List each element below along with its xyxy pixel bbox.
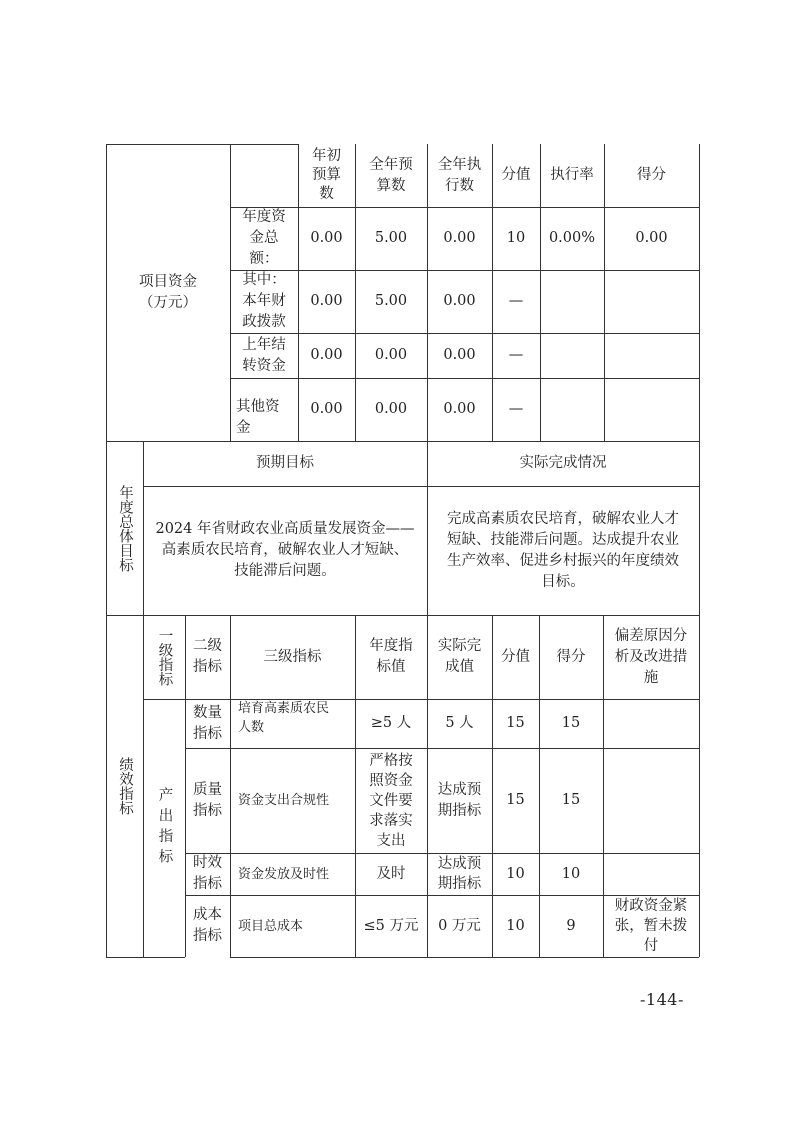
funds-budget: 5.00 xyxy=(355,270,427,333)
row-name-line: 本年财 xyxy=(242,291,286,312)
annual-goals-label: 年度总体目标 xyxy=(106,441,143,615)
level2-line: 指标 xyxy=(193,926,222,947)
completion-line: 完成高素质农民培育，破解农业人才 xyxy=(447,509,679,530)
header-line: 行数 xyxy=(445,176,474,197)
score: 9 xyxy=(539,895,603,957)
funds-executed: 0.00 xyxy=(427,333,492,378)
level3-indicator: 资金支出合规性 xyxy=(230,748,355,853)
score: 15 xyxy=(539,699,603,748)
goal-line: 2024 年省财政农业高质量发展资金—— xyxy=(155,519,414,540)
header-execution-rate: 执行率 xyxy=(540,144,604,207)
performance-section-label: 绩效指标 xyxy=(106,615,143,957)
score-value: 15 xyxy=(492,748,539,853)
completion-line: 生产效率、促进乡村振兴的年度绩效 xyxy=(447,551,679,572)
funds-value: — xyxy=(492,270,540,333)
funds-initial: 0.00 xyxy=(298,378,355,441)
row-name-line: 其他资 xyxy=(236,397,280,418)
header-score-value: 分值 xyxy=(492,144,540,207)
expected-goal-header: 预期目标 xyxy=(143,441,427,486)
funds-rate: 0.00% xyxy=(540,207,604,270)
row-name-line: 转资金 xyxy=(242,356,286,377)
header-line: 算数 xyxy=(377,176,406,197)
target-value: ≤5 万元 xyxy=(355,895,427,957)
header-line: 年度指 xyxy=(369,636,413,657)
deviation-reason: 财政资金紧 张，暂未拨 付 xyxy=(603,895,699,957)
header-initial-budget: 年初 预算 数 xyxy=(298,144,355,207)
row-name-line: 金 xyxy=(236,418,251,439)
level3-indicator: 项目总成本 xyxy=(230,895,355,957)
level2-line: 数量 xyxy=(193,703,222,724)
score: 10 xyxy=(539,853,603,895)
actual-value: 达成预 期指标 xyxy=(427,748,492,853)
funds-row-name: 年度资 金总 额： xyxy=(230,207,298,270)
actual-line: 期指标 xyxy=(438,801,482,822)
actual-completion-text: 完成高素质农民培育，破解农业人才 短缺、技能滞后问题。达成提升农业 生产效率、促… xyxy=(427,486,699,615)
funds-rate xyxy=(540,333,604,378)
page-number: -144- xyxy=(640,990,684,1009)
expected-goal-text: 2024 年省财政农业高质量发展资金—— 高素质农民培育，破解农业人才短缺、 技… xyxy=(143,486,427,615)
score-value: 10 xyxy=(492,895,539,957)
funds-score xyxy=(604,378,699,441)
header-line: 预算 xyxy=(312,166,341,185)
target-line: 求落实 xyxy=(369,811,413,831)
funds-initial: 0.00 xyxy=(298,270,355,333)
level1-text: 产出指标 xyxy=(154,787,175,869)
target-line: 严格按 xyxy=(369,751,413,771)
header-target: 年度指 标值 xyxy=(355,615,427,699)
goal-line: 技能滞后问题。 xyxy=(234,561,336,582)
funds-score xyxy=(604,270,699,333)
header-score: 得分 xyxy=(539,615,603,699)
funds-value: 10 xyxy=(492,207,540,270)
funds-label-line: 项目资金 xyxy=(139,272,197,293)
level3-indicator: 培育高素质农民 人数 xyxy=(230,699,355,748)
target-line: 文件要 xyxy=(369,791,413,811)
level2-line: 成本 xyxy=(193,905,222,926)
header-full-year-executed: 全年执 行数 xyxy=(427,144,492,207)
header-line: 成值 xyxy=(445,657,474,678)
target-line: 照资金 xyxy=(369,771,413,791)
header-line: 全年执 xyxy=(438,155,482,176)
level3-line: 培育高素质农民 xyxy=(238,699,329,718)
header-actual: 实际完 成值 xyxy=(427,615,492,699)
actual-line: 期指标 xyxy=(438,874,482,894)
row-name-line: 年度资 xyxy=(242,207,286,228)
level2-quantity: 数量 指标 xyxy=(185,699,230,748)
level3-indicator: 资金发放及时性 xyxy=(230,853,355,895)
row-name-line: 其中： xyxy=(242,270,286,291)
funds-executed: 0.00 xyxy=(427,378,492,441)
completion-line: 目标。 xyxy=(541,572,585,593)
actual-value: 5 人 xyxy=(427,699,492,748)
row-name-line: 额： xyxy=(250,249,279,270)
funds-row-name: 其中： 本年财 政拨款 xyxy=(230,270,298,333)
target-value: ≥5 人 xyxy=(355,699,427,748)
header-level2: 二级 指标 xyxy=(185,615,230,699)
header-line: 标值 xyxy=(377,657,406,678)
header-full-year-budget: 全年预 算数 xyxy=(355,144,427,207)
row-name-line: 金总 xyxy=(250,228,279,249)
level1-output-indicator: 产出指标 xyxy=(143,699,185,957)
funds-score: 0.00 xyxy=(604,207,699,270)
header-line: 偏差原因分 xyxy=(615,626,688,647)
header-line: 指标 xyxy=(193,657,222,678)
funds-section-label: 项目资金 （万元） xyxy=(106,144,230,441)
funds-value: — xyxy=(492,378,540,441)
score-value: 15 xyxy=(492,699,539,748)
row-name-line: 政拨款 xyxy=(242,312,286,333)
level2-timeliness: 时效 指标 xyxy=(185,853,230,895)
header-score: 得分 xyxy=(604,144,699,207)
level2-quality: 质量 指标 xyxy=(185,748,230,853)
completion-line: 短缺、技能滞后问题。达成提升农业 xyxy=(447,530,679,551)
score: 15 xyxy=(539,748,603,853)
header-line: 数 xyxy=(319,185,334,204)
funds-value: — xyxy=(492,333,540,378)
level2-line: 指标 xyxy=(193,724,222,745)
header-level1-text: 一级指标 xyxy=(154,628,175,686)
level2-line: 指标 xyxy=(193,874,222,895)
level2-cost: 成本 指标 xyxy=(185,895,230,957)
deviation-line: 张，暂未拨 xyxy=(615,916,688,936)
header-line: 全年预 xyxy=(369,155,413,176)
goal-line: 高素质农民培育，破解农业人才短缺、 xyxy=(162,540,409,561)
funds-executed: 0.00 xyxy=(427,270,492,333)
level2-line: 质量 xyxy=(193,780,222,801)
header-line: 二级 xyxy=(193,636,222,657)
header-level1: 一级指标 xyxy=(143,615,185,699)
actual-value: 0 万元 xyxy=(427,895,492,957)
header-value: 分值 xyxy=(492,615,539,699)
target-line: 支出 xyxy=(377,831,406,851)
funds-row-name: 上年结 转资金 xyxy=(230,333,298,378)
actual-completion-header: 实际完成情况 xyxy=(427,441,699,486)
performance-label-text: 绩效指标 xyxy=(114,757,135,815)
funds-budget: 0.00 xyxy=(355,333,427,378)
header-line: 年初 xyxy=(312,147,341,166)
header-level3: 三级指标 xyxy=(230,615,355,699)
header-line: 实际完 xyxy=(438,636,482,657)
funds-row-name: 其他资 金 xyxy=(230,378,298,441)
deviation-line: 财政资金紧 xyxy=(615,896,688,916)
funds-rate xyxy=(540,378,604,441)
level2-line: 指标 xyxy=(193,801,222,822)
actual-line: 达成预 xyxy=(438,780,482,801)
target-value: 及时 xyxy=(355,853,427,895)
level2-line: 时效 xyxy=(193,853,222,874)
actual-value: 达成预 期指标 xyxy=(427,853,492,895)
actual-line: 达成预 xyxy=(438,854,482,874)
header-deviation: 偏差原因分 析及改进措 施 xyxy=(603,615,699,699)
target-value: 严格按 照资金 文件要 求落实 支出 xyxy=(355,748,427,853)
funds-label-line: （万元） xyxy=(139,293,197,314)
row-name-line: 上年结 xyxy=(242,335,286,356)
score-value: 10 xyxy=(492,853,539,895)
funds-initial: 0.00 xyxy=(298,333,355,378)
annual-goals-label-text: 年度总体目标 xyxy=(114,485,135,572)
header-line: 析及改进措 xyxy=(615,647,688,668)
funds-executed: 0.00 xyxy=(427,207,492,270)
header-line: 施 xyxy=(644,668,659,689)
funds-rate xyxy=(540,270,604,333)
deviation-line: 付 xyxy=(644,936,659,956)
funds-budget: 0.00 xyxy=(355,378,427,441)
funds-budget: 5.00 xyxy=(355,207,427,270)
level3-line: 人数 xyxy=(238,718,264,737)
funds-score xyxy=(604,333,699,378)
funds-initial: 0.00 xyxy=(298,207,355,270)
